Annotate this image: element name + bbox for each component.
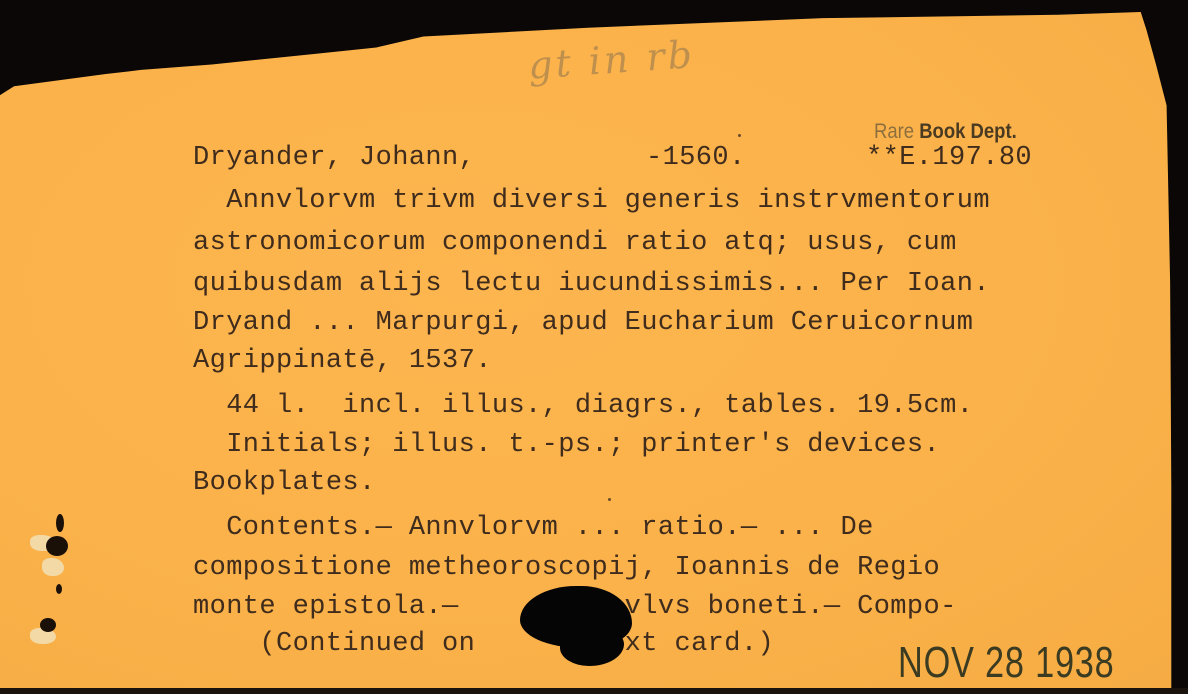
catalog-card: gt in rb Rare Book Dept. Dryander, Johan… xyxy=(0,10,1176,691)
date-stamp: NOV 28 1938 xyxy=(898,638,1115,688)
punch-hole-lower xyxy=(560,626,624,666)
damage-spot xyxy=(56,584,62,594)
card-line-imprint-1: Dryand ... Marpurgi, apud Eucharium Ceru… xyxy=(193,310,973,337)
damage-spot xyxy=(56,514,64,532)
damage-spot xyxy=(46,536,68,556)
card-bottom-edge xyxy=(0,688,1188,694)
tear-mark xyxy=(42,558,64,576)
department-stamp-faint: Rare xyxy=(874,120,914,143)
card-line-note-1: Initials; illus. t.-ps.; printer's devic… xyxy=(193,432,940,459)
department-stamp: Rare Book Dept. xyxy=(874,120,1017,144)
speck xyxy=(608,498,611,501)
speck xyxy=(738,134,741,137)
card-line-continued: (Continued on e next card.) xyxy=(193,631,774,658)
call-number: **E.197.80 xyxy=(866,145,1032,172)
card-line-note-2: Bookplates. xyxy=(193,470,376,497)
author-heading: Dryander, Johann, xyxy=(193,145,475,172)
card-line-contents-2: compositione metheoroscopij, Ioannis de … xyxy=(193,555,940,582)
card-line-title-1: Annvlorvm trivm diversi generis instrvme… xyxy=(193,188,990,215)
card-line-contents-1: Contents.— Annvlorvm ... ratio.— ... De xyxy=(193,515,874,542)
handwritten-note: gt in rb xyxy=(527,32,697,88)
damage-spot xyxy=(40,618,56,632)
scan-background: gt in rb Rare Book Dept. Dryander, Johan… xyxy=(0,0,1188,694)
card-line-title-2: astronomicorum componendi ratio atq; usu… xyxy=(193,230,957,257)
card-line-collation: 44 l. incl. illus., diagrs., tables. 19.… xyxy=(193,393,973,420)
card-line-imprint-2: Agrippinatē, 1537. xyxy=(193,348,492,375)
department-stamp-bold: Book Dept. xyxy=(919,120,1017,143)
card-line-title-3: quibusdam alijs lectu iucundissimis... P… xyxy=(193,271,990,298)
author-dates: -1560. xyxy=(646,145,746,172)
